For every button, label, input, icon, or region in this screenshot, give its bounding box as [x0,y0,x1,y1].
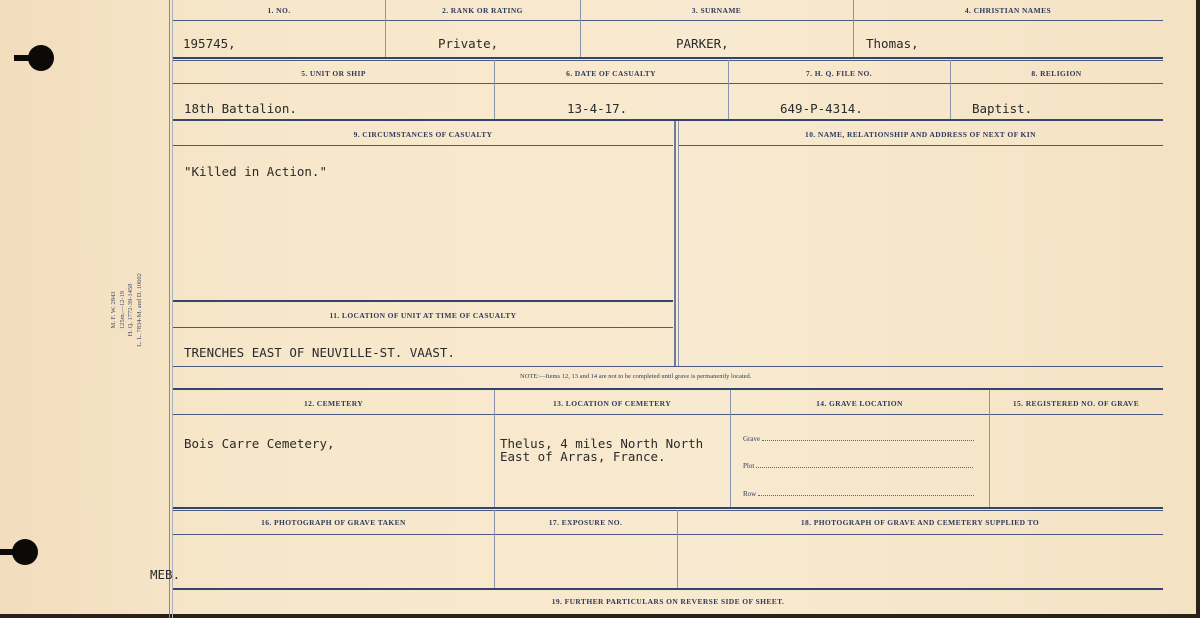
value-location-of-cemetery-line2: East of Arras, France. [500,449,666,464]
rule [173,145,673,146]
row-field: Row [743,490,974,498]
label-religion: 8. Religion [950,69,1163,78]
label-cemetery: 12. Cemetery [173,399,494,408]
rule [173,119,1163,121]
label-no: 1. No. [173,6,385,15]
rule [173,57,1163,59]
label-photo-taken: 16. Photograph of Grave Taken [173,518,494,527]
label-christian-names: 4. Christian Names [853,6,1163,15]
grave-label: Grave [743,435,760,443]
rule [173,300,673,302]
column-divider [674,121,676,366]
rule [173,507,1163,509]
label-unit: 5. Unit or Ship [173,69,494,78]
punch-hole-bottom [12,539,38,565]
margin-note-line: 125m.—12-19 [119,270,128,350]
label-surname: 3. Surname [580,6,853,15]
label-date-of-casualty: 6. Date of Casualty [494,69,728,78]
rule [173,83,1163,84]
label-grave-location: 14. Grave Location [730,399,989,408]
note-items-12-14: NOTE:—Items 12, 13 and 14 are not to be … [520,373,751,380]
label-circumstances: 9. Circumstances of Casualty [173,130,673,139]
rule [173,510,1163,511]
label-exposure-no: 17. Exposure No. [494,518,677,527]
value-rank: Private, [438,36,498,51]
value-christian-names: Thomas, [866,36,919,51]
value-unit: 18th Battalion. [184,101,297,116]
label-next-of-kin: 10. Name, Relationship and Address of Ne… [678,130,1163,139]
rule [173,366,1163,367]
rule [173,20,1163,21]
value-no: 195745, [183,36,236,51]
value-surname: PARKER, [676,36,729,51]
plot-dotted-line [756,467,973,468]
label-location-of-unit: 11. Location of Unit at Time of Casualty [173,311,673,320]
rule [173,388,1163,390]
label-rank: 2. Rank or Rating [385,6,580,15]
value-location-of-unit: TRENCHES EAST OF NEUVILLE-ST. VAAST. [184,345,455,360]
value-religion: Baptist. [972,101,1032,116]
rule [173,327,673,328]
grave-dotted-line [762,440,974,441]
label-location-of-cemetery: 13. Location of Cemetery [494,399,730,408]
left-border-rule [169,0,170,618]
label-photo-supplied-to: 18. Photograph of Grave and Cemetery Sup… [677,518,1163,527]
rule [173,414,1163,415]
label-further-particulars: 19. Further Particulars on Reverse Side … [173,597,1163,606]
margin-note-line: L. L. 7834-M. and D. 10602 [136,270,145,350]
label-hq-file-no: 7. H. Q. File No. [728,69,950,78]
label-registered-no: 15. Registered No. of Grave [989,399,1163,408]
plot-label: Plot [743,462,754,470]
margin-note-line: H. Q. 1772-39-1458 [127,270,136,350]
clerk-initials: MEB. [150,567,180,582]
value-hq-file-no: 649-P-4314. [780,101,863,116]
rule [173,60,1163,61]
rule [173,534,1163,535]
rule [173,588,1163,590]
rule [678,145,1163,146]
margin-note-line: M. F. W. 2843 [110,270,119,350]
row-dotted-line [758,495,974,496]
column-divider [678,121,679,366]
row-label: Row [743,490,756,498]
casualty-record-card: M. F. W. 2843 125m.—12-19 H. Q. 1772-39-… [0,0,1200,618]
grave-field: Grave [743,435,974,443]
punch-hole-top [28,45,54,71]
value-date-of-casualty: 13-4-17. [567,101,627,116]
plot-field: Plot [743,462,973,470]
value-cemetery: Bois Carre Cemetery, [184,436,335,451]
value-circumstances: "Killed in Action." [184,164,327,179]
